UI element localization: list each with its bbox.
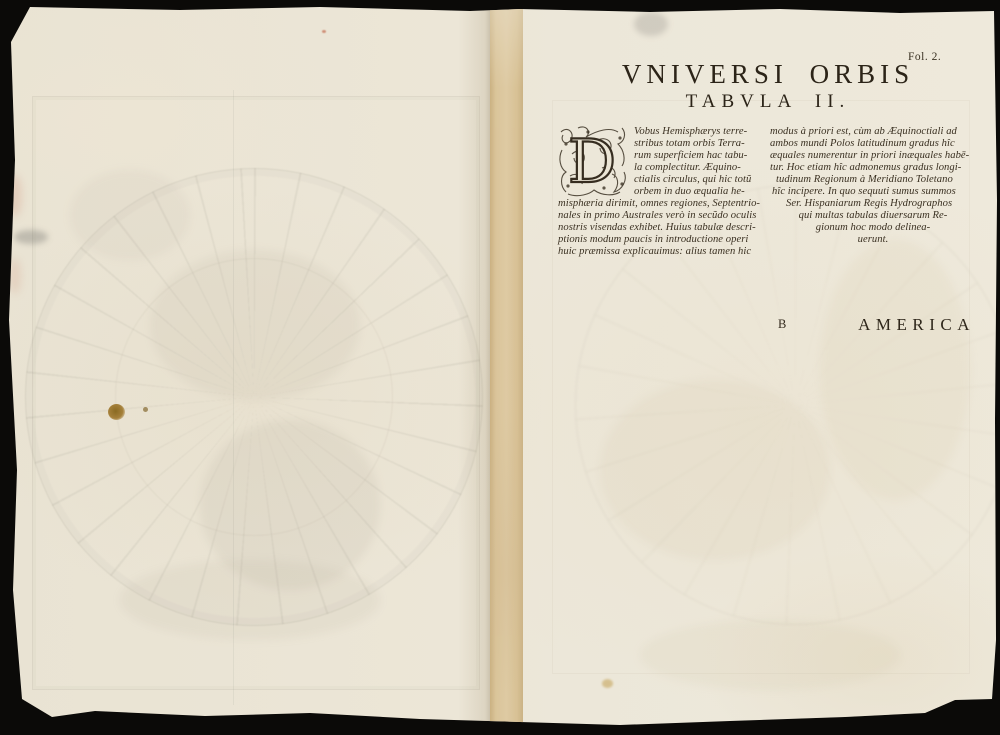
catchword-america: AMERICA: [810, 315, 975, 335]
text-line: tudinum Regionum à Meridiano Toletano: [776, 174, 953, 186]
text-line: nostris visendas exhibet. Huius tabulæ d…: [558, 222, 756, 234]
gutter-shadow: [458, 0, 490, 735]
text-line: huic præmissa explicauimus: alius tamen …: [558, 246, 751, 258]
text-line: orbem in duo æqualia he-: [634, 186, 745, 198]
red-smudge: [8, 175, 22, 217]
showthrough-blob: [120, 560, 380, 640]
paper-stain: [602, 679, 613, 688]
woodcut-initial-d: D: [558, 124, 628, 198]
text-line: qui multas tabulas diuersarum Re-: [770, 210, 976, 222]
smudge: [14, 230, 48, 244]
page-title: VNIVERSI ORBIS TABVLA II.: [558, 60, 978, 114]
paper-chain-line: [233, 90, 234, 705]
showthrough-blob: [150, 250, 360, 400]
text-line: nales in primo Australes verò in secũdo …: [558, 210, 756, 222]
text-line: stribus totam orbis Terra-: [634, 138, 745, 150]
ink-stain-dot: [143, 407, 148, 412]
title-line-2: TABVLA II.: [558, 90, 978, 114]
showthrough-blob: [600, 380, 830, 560]
title-line-1: VNIVERSI ORBIS: [558, 60, 978, 88]
text-line: uerunt.: [770, 234, 976, 246]
showthrough-blob: [70, 170, 190, 260]
ink-stain: [108, 404, 125, 420]
text-line: gionum hoc modo delinea-: [770, 222, 976, 234]
text-line: rum superficiem hac tabu-: [634, 150, 747, 162]
woodcut-initial-art: D: [558, 124, 628, 198]
showthrough-blob: [640, 620, 900, 690]
text-line: ptionis modum paucis in introductione op…: [558, 234, 748, 246]
text-line: Ser. Hispaniarum Regis Hydrographos: [786, 198, 952, 210]
text-line: modus à priori est, cùm ab Æquinoctiali …: [770, 126, 957, 138]
text-line: Vobus Hemisphærys terre-: [634, 126, 747, 138]
showthrough-blob: [820, 240, 970, 500]
svg-text:D: D: [568, 127, 616, 197]
text-line: æquales numerentur in priori inæquales h…: [770, 150, 969, 162]
text-line: tur. Hoc etiam hîc admonemus gradus long…: [770, 162, 961, 174]
text-line: misphæria dirimit, omnes regiones, Septe…: [558, 198, 760, 210]
red-smudge: [9, 258, 21, 294]
binding-strip: [490, 0, 523, 735]
text-line: ctialis circulus, qui hic totũ: [634, 174, 751, 186]
smudge: [634, 12, 668, 36]
text-line: hîc incipere. In quo sequuti sumus summo…: [772, 186, 956, 198]
red-speck: [322, 30, 326, 33]
book-open-spread: Fol. 2. VNIVERSI ORBIS TABVLA II.: [0, 0, 1000, 735]
text-line: la complectitur. Æquino-: [634, 162, 741, 174]
signature-mark: B: [778, 317, 786, 332]
text-line: ambos mundi Polos latitudinum gradus hîc: [770, 138, 955, 150]
